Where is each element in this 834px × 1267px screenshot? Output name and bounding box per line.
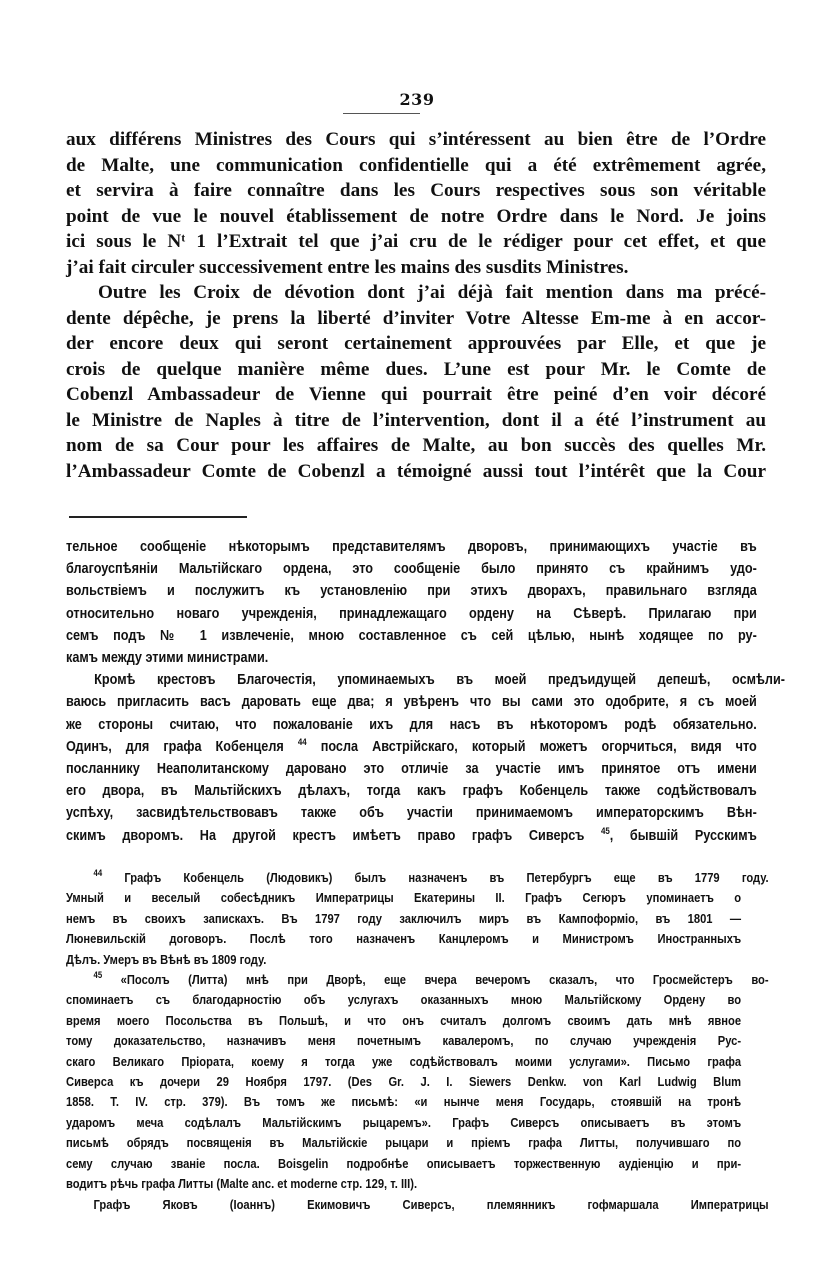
footnote-line: скаго Великаго Прiората, коему я тогда у… — [66, 1052, 741, 1072]
footnote-line: Сиверса къ дочери 29 Ноября 1797. (Des G… — [66, 1072, 741, 1092]
text-segment: «Посолъ (Литта) мнѣ при Дворѣ, еще вчера… — [121, 972, 769, 987]
document-page: 239 aux différens Ministres des Cours qu… — [0, 0, 834, 1267]
text-segment: , бывшiй Русскимъ — [610, 828, 757, 844]
text-line: относительно новаго учрежденiя, принадле… — [66, 603, 757, 625]
text-line: его двора, въ Мальтiйскихъ дѣлахъ, тогда… — [66, 780, 757, 802]
text-line: der encore deux qui seront certainement … — [66, 331, 766, 357]
footnote-line: ударомъ меча содѣлалъ Мальтiйскимъ рыцар… — [66, 1113, 741, 1133]
text-line-with-footnote: скимъ дворомъ. На другой крестъ имѣетъ п… — [66, 825, 757, 847]
footnote-line: 1858. T. IV. стр. 379). Въ томъ же письм… — [66, 1092, 741, 1112]
footnote-line: сему случаю званiе посла. Boisgelin подр… — [66, 1154, 741, 1174]
footnote-line: тому доказательство, назначивъ меня поче… — [66, 1031, 741, 1051]
russian-translation-block: тельное сообщенiе нѣкоторымъ представите… — [66, 536, 673, 847]
text-line: Кромѣ крестовъ Благочестiя, упоминаемыхъ… — [66, 669, 785, 691]
footnote-ref-45[interactable]: 45 — [601, 826, 610, 836]
text-line-with-footnote: Одинъ, для графа Кобенцеля 44 посла Авст… — [66, 736, 757, 758]
text-line: dente dépêche, je prens la liberté d’inv… — [66, 306, 766, 332]
text-line: семъ подъ № 1 извлеченiе, мною составлен… — [66, 625, 757, 647]
text-line: de Malte, une communication confidentiel… — [66, 153, 766, 179]
footnote-line: Умный и веселый собесѣдникъ Императрицы … — [66, 888, 741, 908]
footnote-line: время моего Посольства въ Польшѣ, и что … — [66, 1011, 741, 1031]
text-line: et servira à faire connaître dans les Co… — [66, 178, 766, 204]
text-line: l’Ambassadeur Comte de Cobenzl a témoign… — [66, 459, 766, 485]
text-line: aux différens Ministres des Cours qui s’… — [66, 127, 766, 153]
page-number: 239 — [0, 90, 834, 109]
text-segment: посла Австрiйскаго, который можетъ огорч… — [321, 739, 757, 755]
footnote-separator — [69, 516, 247, 518]
footnote-line: водитъ рѣчь графа Литты (Malte anc. et m… — [66, 1174, 741, 1194]
footnote-line: Дѣлъ. Умеръ въ Вѣнѣ въ 1809 году. — [66, 950, 741, 970]
text-line: вольствiемъ и послужитъ къ установленiю … — [66, 580, 757, 602]
text-line: crois de quelque manière même dues. L’un… — [66, 357, 766, 383]
footnote-line: письмѣ обрядъ посвященiя въ Мальтiйскiе … — [66, 1133, 741, 1153]
text-line: посланнику Неаполитанскому даровано это … — [66, 758, 757, 780]
text-line: j’ai fait circuler successivement entre … — [66, 255, 766, 281]
text-line: ici sous le Nᵗ 1 l’Extrait tel que j’ai … — [66, 229, 766, 255]
footnote-ref-44[interactable]: 44 — [298, 737, 307, 747]
footnote-45-line: 45 «Посолъ (Литта) мнѣ при Дворѣ, еще вч… — [66, 970, 769, 990]
text-line: Outre les Croix de dévotion dont j’ai dé… — [66, 280, 766, 306]
text-line: камъ между этими министрами. — [66, 647, 757, 669]
text-segment: Одинъ, для графа Кобенцеля — [66, 739, 284, 755]
footnote-marker: 44 — [94, 868, 103, 878]
text-line: nom de sa Cour pour les affaires de Malt… — [66, 433, 766, 459]
footnote-line: немъ въ своихъ запискахъ. Въ 1797 году з… — [66, 909, 741, 929]
text-segment: скимъ дворомъ. На другой крестъ имѣетъ п… — [66, 828, 584, 844]
text-line: ваюсь пригласить васъ даровать еще два; … — [66, 691, 757, 713]
text-line: тельное сообщенiе нѣкоторымъ представите… — [66, 536, 757, 558]
page-number-rule — [343, 113, 420, 114]
text-line: успѣху, засвидѣтельствовавъ также объ уч… — [66, 802, 757, 824]
text-line: же стороны считаю, что пожалованiе ихъ д… — [66, 714, 757, 736]
text-segment: Графъ Кобенцель (Людовикъ) былъ назначен… — [124, 870, 768, 885]
text-line: le Ministre de Naples à titre de l’inter… — [66, 408, 766, 434]
footnotes-block: 44 Графъ Кобенцель (Людовикъ) былъ назна… — [66, 868, 659, 1215]
footnote-line: Люневильскiй договоръ. Послѣ того назнач… — [66, 929, 741, 949]
footnote-marker: 45 — [94, 970, 103, 980]
text-line: благоуспѣянiи Мальтiйскаго ордена, это с… — [66, 558, 757, 580]
footnote-line: споминаетъ съ благодарностiю объ услугах… — [66, 990, 741, 1010]
text-line: Cobenzl Ambassadeur de Vienne qui pourra… — [66, 382, 766, 408]
footnote-44-line: 44 Графъ Кобенцель (Людовикъ) былъ назна… — [66, 868, 769, 888]
french-text-block: aux différens Ministres des Cours qui s’… — [66, 127, 766, 484]
footnote-line: Графъ Яковъ (Iоаннъ) Екимовичъ Сиверсъ, … — [66, 1195, 769, 1215]
text-line: point de vue le nouvel établissement de … — [66, 204, 766, 230]
